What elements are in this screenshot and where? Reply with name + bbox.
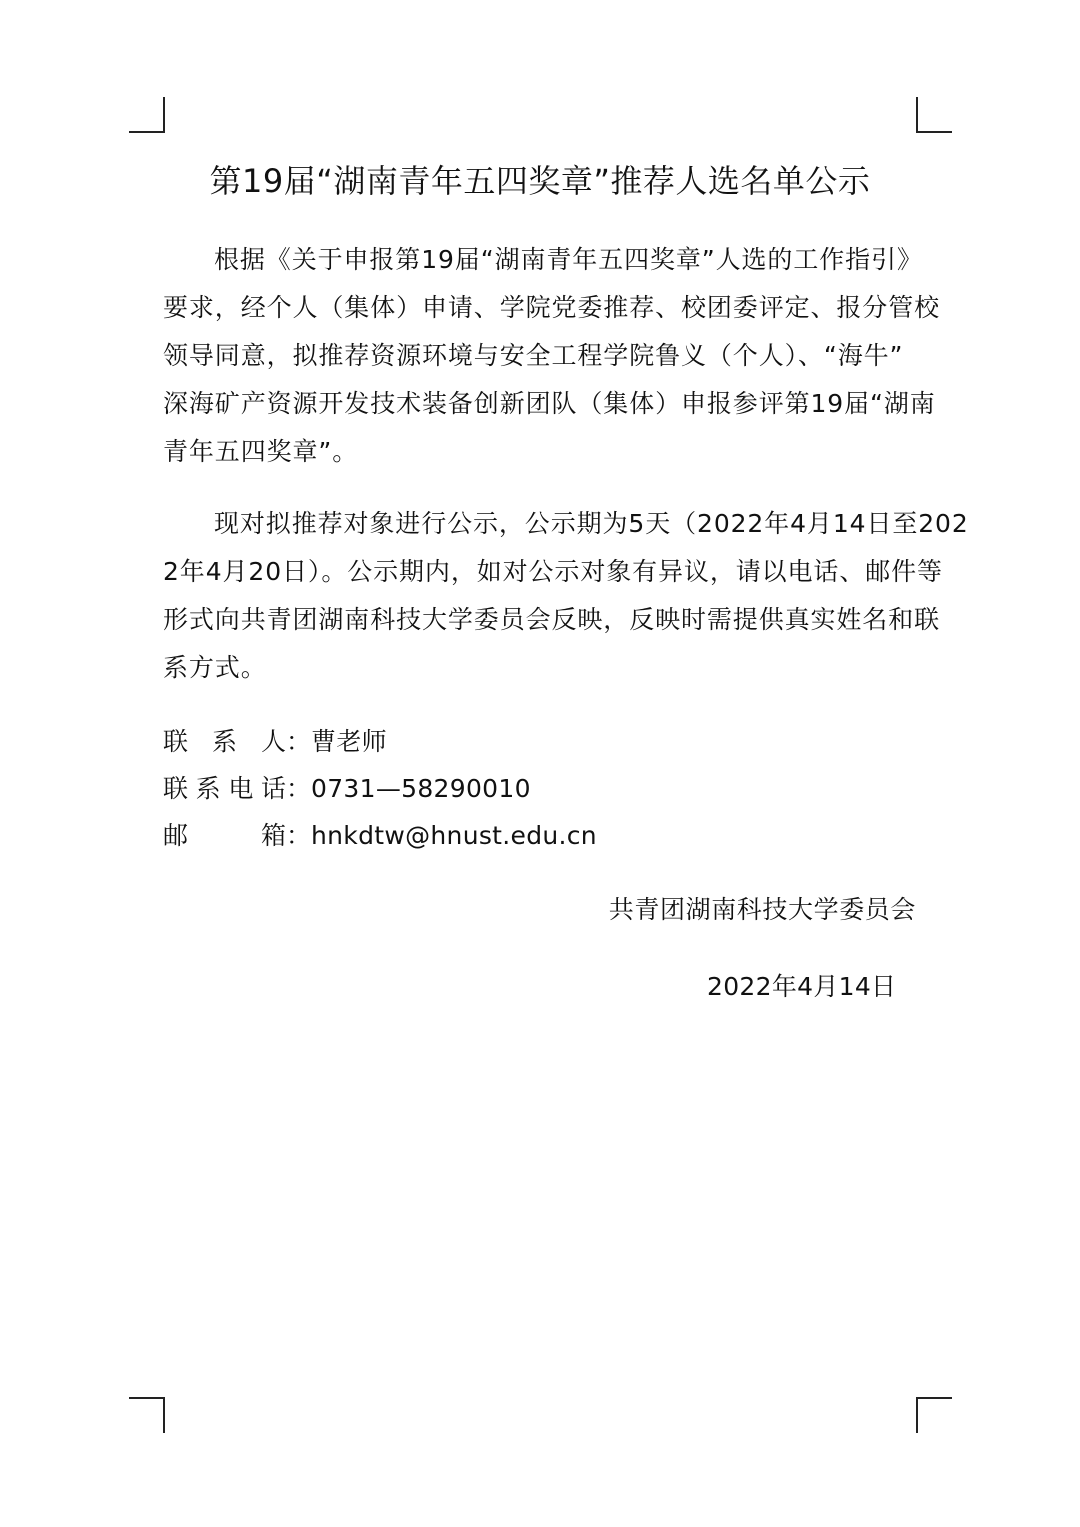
contact-person-row: 联 系 人 ： 曹老师 xyxy=(163,718,597,765)
paragraph-line: 根据《关于申报第19届“湖南青年五四奖章”人选的工作指引》 xyxy=(163,236,923,284)
contact-person-value: 曹老师 xyxy=(311,718,387,765)
paragraph-publicity: 现对拟推荐对象进行公示，公示期为5天（2022年4月14日至202 2年4月20… xyxy=(163,500,923,692)
paragraph-recommendation: 根据《关于申报第19届“湖南青年五四奖章”人选的工作指引》 要求，经个人（集体）… xyxy=(163,236,923,476)
label-char: 系 xyxy=(212,718,237,765)
contact-person-label: 联 系 人 xyxy=(163,718,286,765)
label-char: 联 xyxy=(163,765,188,812)
contact-phone-value: 0731—58290010 xyxy=(311,765,531,812)
contact-phone-label: 联 系 电 话 xyxy=(163,765,286,812)
label-char: 邮 xyxy=(163,812,188,859)
paragraph-line: 领导同意，拟推荐资源环境与安全工程学院鲁义（个人）、“海牛” xyxy=(163,332,923,380)
contact-info: 联 系 人 ： 曹老师 联 系 电 话 ： 0731—58290010 邮 箱 … xyxy=(163,718,597,859)
paragraph-line: 形式向共青团湖南科技大学委员会反映，反映时需提供真实姓名和联 xyxy=(163,596,923,644)
label-char: 联 xyxy=(163,718,188,765)
label-char: 话 xyxy=(261,765,286,812)
crop-mark-bottom-right xyxy=(916,1397,952,1433)
paragraph-line: 系方式。 xyxy=(163,644,923,692)
issuer-signature: 共青团湖南科技大学委员会 xyxy=(609,888,916,932)
label-char: 人 xyxy=(261,718,286,765)
label-colon: ： xyxy=(286,765,311,812)
crop-mark-bottom-left xyxy=(129,1397,165,1433)
paragraph-line: 2年4月20日）。公示期内，如对公示对象有异议，请以电话、邮件等 xyxy=(163,548,923,596)
contact-email-row: 邮 箱 ： hnkdtw@hnust.edu.cn xyxy=(163,812,597,859)
contact-phone-row: 联 系 电 话 ： 0731—58290010 xyxy=(163,765,597,812)
issue-date: 2022年4月14日 xyxy=(707,965,896,1009)
paragraph-line: 现对拟推荐对象进行公示，公示期为5天（2022年4月14日至202 xyxy=(163,500,923,548)
paragraph-line: 深海矿产资源开发技术装备创新团队（集体）申报参评第19届“湖南 xyxy=(163,380,923,428)
paragraph-line: 要求，经个人（集体）申请、学院党委推荐、校团委评定、报分管校 xyxy=(163,284,923,332)
contact-email-label: 邮 箱 xyxy=(163,812,286,859)
crop-mark-top-left xyxy=(129,97,165,133)
paragraph-line: 青年五四奖章”。 xyxy=(163,428,923,476)
label-colon: ： xyxy=(286,718,311,765)
contact-email-value: hnkdtw@hnust.edu.cn xyxy=(311,812,597,859)
label-char: 电 xyxy=(228,765,253,812)
label-char: 系 xyxy=(196,765,221,812)
document-title: 第19届“湖南青年五四奖章”推荐人选名单公示 xyxy=(150,158,930,204)
crop-mark-top-right xyxy=(916,97,952,133)
label-colon: ： xyxy=(286,812,311,859)
label-char: 箱 xyxy=(261,812,286,859)
